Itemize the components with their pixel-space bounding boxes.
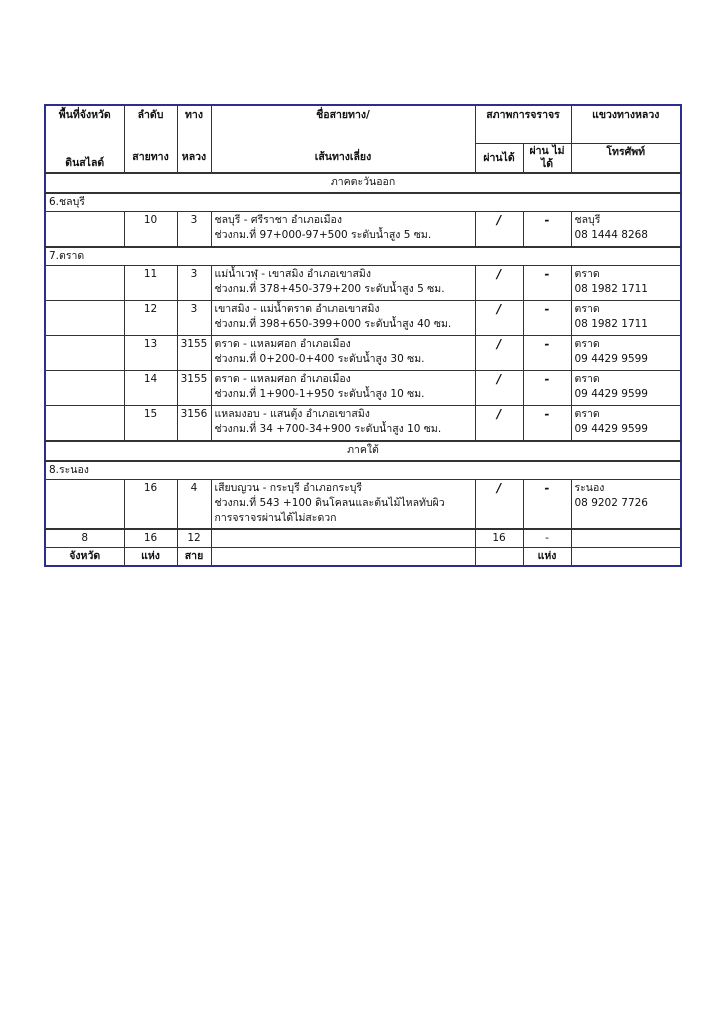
seq-cell: 12: [124, 301, 177, 336]
nopass-mark: -: [523, 336, 571, 371]
header-row-top: พื้นที่จังหวัด ลำดับ ทาง ชื่อสายทาง/ สภา…: [45, 105, 681, 144]
route-detail: ช่วงกม.ที่ 1+900-1+950 ระดับน้ำสูง 10 ซม…: [215, 387, 472, 402]
route-detail-2: การจราจรผ่านได้ไม่สะดวก: [215, 511, 472, 526]
area-cell: [45, 212, 124, 248]
highway-cell: 4: [177, 480, 211, 530]
route-detail: ช่วงกม.ที่ 398+650-399+000 ระดับน้ำสูง 4…: [215, 317, 472, 332]
nopass-mark: -: [523, 371, 571, 406]
pass-mark: /: [475, 480, 523, 530]
pass-mark: /: [475, 212, 523, 248]
route-detail: ช่วงกม.ที่ 34 +700-34+900 ระดับน้ำสูง 10…: [215, 422, 472, 437]
header-route-top: ชื่อสายทาง/: [211, 105, 475, 144]
route-cell: แม่น้ำเวฬุ - เขาสมิง อำเภอเขาสมิงช่วงกม.…: [211, 266, 475, 301]
seq-cell: 11: [124, 266, 177, 301]
nopass-mark: -: [523, 301, 571, 336]
area-cell: [45, 266, 124, 301]
header-pass: ผ่านได้: [475, 144, 523, 174]
region-row: ภาคตะวันออก: [45, 173, 681, 193]
office-phone: 08 1982 1711: [575, 317, 678, 332]
route-name: เขาสมิง - แม่น้ำตราด อำเภอเขาสมิง: [215, 302, 472, 317]
total-routes-unit: สาย: [177, 548, 211, 567]
highway-cell: 3155: [177, 371, 211, 406]
office-phone: 09 4429 9599: [575, 352, 678, 367]
nopass-mark: -: [523, 406, 571, 442]
seq-cell: 14: [124, 371, 177, 406]
area-cell: [45, 336, 124, 371]
header-row-bottom: ดินสไลด์ สายทาง หลวง เส้นทางเลี่ยง ผ่านไ…: [45, 144, 681, 174]
total-route-unit-blank: [211, 548, 475, 567]
office-cell: ชลบุรี08 1444 8268: [571, 212, 681, 248]
pass-mark: /: [475, 336, 523, 371]
total-office-unit-blank: [571, 548, 681, 567]
header-phone: โทรศัพท์: [571, 144, 681, 174]
office-name: ชลบุรี: [575, 213, 678, 228]
province-row: 6.ชลบุรี: [45, 193, 681, 212]
office-cell: ตราด09 4429 9599: [571, 406, 681, 442]
total-pass: 16: [475, 529, 523, 548]
road-status-table: พื้นที่จังหวัด ลำดับ ทาง ชื่อสายทาง/ สภา…: [44, 104, 682, 567]
total-pass-unit-blank: [475, 548, 523, 567]
header-seq-top: ลำดับ: [124, 105, 177, 144]
total-routes: 12: [177, 529, 211, 548]
header-seq-bottom: สายทาง: [124, 144, 177, 174]
office-phone: 08 1444 8268: [575, 228, 678, 243]
office-name: ระนอง: [575, 481, 678, 496]
office-cell: ตราด08 1982 1711: [571, 301, 681, 336]
table-row: 123เขาสมิง - แม่น้ำตราด อำเภอเขาสมิงช่วง…: [45, 301, 681, 336]
table-body: ภาคตะวันออก6.ชลบุรี103ชลบุรี - ศรีราชา อ…: [45, 173, 681, 529]
pass-mark: /: [475, 406, 523, 442]
office-phone: 09 4429 9599: [575, 387, 678, 402]
header-office: แขวงทางหลวง: [571, 105, 681, 144]
office-phone: 09 4429 9599: [575, 422, 678, 437]
highway-cell: 3: [177, 266, 211, 301]
header-traffic: สภาพการจราจร: [475, 105, 571, 144]
province-label: 8.ระนอง: [45, 461, 681, 480]
totals-unit-row: จังหวัด แห่ง สาย แห่ง: [45, 548, 681, 567]
table-row: 164เสียบญวน - กระบุรี อำเภอกระบุรีช่วงกม…: [45, 480, 681, 530]
seq-cell: 13: [124, 336, 177, 371]
route-detail: ช่วงกม.ที่ 543 +100 ดินโคลนและต้นไม้ไหลท…: [215, 496, 472, 511]
nopass-mark: -: [523, 266, 571, 301]
region-row: ภาคใต้: [45, 441, 681, 461]
route-cell: เสียบญวน - กระบุรี อำเภอกระบุรีช่วงกม.ที…: [211, 480, 475, 530]
office-name: ตราด: [575, 302, 678, 317]
area-cell: [45, 480, 124, 530]
nopass-mark: -: [523, 212, 571, 248]
highway-cell: 3156: [177, 406, 211, 442]
route-name: แม่น้ำเวฬุ - เขาสมิง อำเภอเขาสมิง: [215, 267, 472, 282]
pass-mark: /: [475, 371, 523, 406]
office-cell: ระนอง08 9202 7726: [571, 480, 681, 530]
route-name: ตราด - แหลมศอก อำเภอเมือง: [215, 372, 472, 387]
total-route-blank: [211, 529, 475, 548]
area-cell: [45, 371, 124, 406]
total-provinces: 8: [45, 529, 124, 548]
seq-cell: 16: [124, 480, 177, 530]
totals-row: 8 16 12 16 -: [45, 529, 681, 548]
header-hwy-bottom: หลวง: [177, 144, 211, 174]
route-cell: แหลมงอบ - แสนตุ้ง อำเภอเขาสมิงช่วงกม.ที่…: [211, 406, 475, 442]
highway-cell: 3155: [177, 336, 211, 371]
office-phone: 08 1982 1711: [575, 282, 678, 297]
office-name: ตราด: [575, 372, 678, 387]
header-area-top: พื้นที่จังหวัด: [45, 105, 124, 144]
route-cell: เขาสมิง - แม่น้ำตราด อำเภอเขาสมิงช่วงกม.…: [211, 301, 475, 336]
office-name: ตราด: [575, 267, 678, 282]
pass-mark: /: [475, 301, 523, 336]
province-row: 8.ระนอง: [45, 461, 681, 480]
route-name: เสียบญวน - กระบุรี อำเภอกระบุรี: [215, 481, 472, 496]
highway-cell: 3: [177, 212, 211, 248]
office-cell: ตราด09 4429 9599: [571, 336, 681, 371]
province-label: 6.ชลบุรี: [45, 193, 681, 212]
office-cell: ตราด08 1982 1711: [571, 266, 681, 301]
header-route-bottom: เส้นทางเลี่ยง: [211, 144, 475, 174]
area-cell: [45, 301, 124, 336]
route-detail: ช่วงกม.ที่ 0+200-0+400 ระดับน้ำสูง 30 ซม…: [215, 352, 472, 367]
route-name: ตราด - แหลมศอก อำเภอเมือง: [215, 337, 472, 352]
header-hwy-top: ทาง: [177, 105, 211, 144]
total-sites-unit: แห่ง: [124, 548, 177, 567]
route-detail: ช่วงกม.ที่ 97+000-97+500 ระดับน้ำสูง 5 ซ…: [215, 228, 472, 243]
table-row: 133155ตราด - แหลมศอก อำเภอเมืองช่วงกม.ที…: [45, 336, 681, 371]
area-cell: [45, 406, 124, 442]
region-label: ภาคใต้: [45, 441, 681, 461]
route-detail: ช่วงกม.ที่ 378+450-379+200 ระดับน้ำสูง 5…: [215, 282, 472, 297]
route-cell: ชลบุรี - ศรีราชา อำเภอเมืองช่วงกม.ที่ 97…: [211, 212, 475, 248]
seq-cell: 15: [124, 406, 177, 442]
total-nopass: -: [523, 529, 571, 548]
route-cell: ตราด - แหลมศอก อำเภอเมืองช่วงกม.ที่ 1+90…: [211, 371, 475, 406]
nopass-mark: -: [523, 480, 571, 530]
total-office-blank: [571, 529, 681, 548]
office-name: ตราด: [575, 407, 678, 422]
office-phone: 08 9202 7726: [575, 496, 678, 511]
office-name: ตราด: [575, 337, 678, 352]
region-label: ภาคตะวันออก: [45, 173, 681, 193]
seq-cell: 10: [124, 212, 177, 248]
province-label: 7.ตราด: [45, 247, 681, 266]
total-sites: 16: [124, 529, 177, 548]
total-provinces-unit: จังหวัด: [45, 548, 124, 567]
office-cell: ตราด09 4429 9599: [571, 371, 681, 406]
table-row: 113แม่น้ำเวฬุ - เขาสมิง อำเภอเขาสมิงช่วง…: [45, 266, 681, 301]
table-row: 153156แหลมงอบ - แสนตุ้ง อำเภอเขาสมิงช่วง…: [45, 406, 681, 442]
table-row: 143155ตราด - แหลมศอก อำเภอเมืองช่วงกม.ที…: [45, 371, 681, 406]
header-nopass: ผ่าน ไม่ได้: [523, 144, 571, 174]
report-page: พื้นที่จังหวัด ลำดับ ทาง ชื่อสายทาง/ สภา…: [44, 104, 680, 567]
header-area-bottom: ดินสไลด์: [45, 144, 124, 174]
total-nopass-unit: แห่ง: [523, 548, 571, 567]
pass-mark: /: [475, 266, 523, 301]
table-row: 103ชลบุรี - ศรีราชา อำเภอเมืองช่วงกม.ที่…: [45, 212, 681, 248]
province-row: 7.ตราด: [45, 247, 681, 266]
route-name: ชลบุรี - ศรีราชา อำเภอเมือง: [215, 213, 472, 228]
route-cell: ตราด - แหลมศอก อำเภอเมืองช่วงกม.ที่ 0+20…: [211, 336, 475, 371]
route-name: แหลมงอบ - แสนตุ้ง อำเภอเขาสมิง: [215, 407, 472, 422]
highway-cell: 3: [177, 301, 211, 336]
